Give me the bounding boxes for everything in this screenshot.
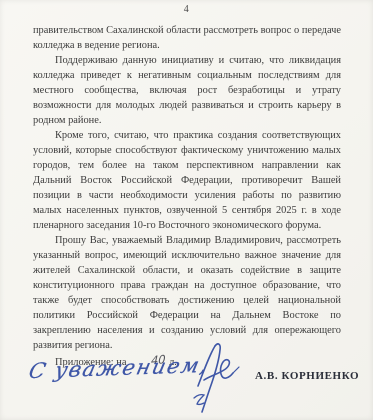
paragraph-continuation: правительством Сахалинской области рассм… — [33, 23, 341, 53]
letter-body: правительством Сахалинской области рассм… — [33, 23, 341, 353]
handwritten-closing: С уважением, — [27, 353, 211, 383]
paragraph-request: Прошу Вас, уважаемый Владимир Владимиров… — [33, 233, 341, 353]
handwritten-signature-icon — [188, 340, 240, 418]
signature-block: С уважением, А.В. КОРНИЕНКО — [0, 342, 373, 420]
scanned-letter-page: 4 правительством Сахалинской области рас… — [0, 0, 373, 420]
signer-name: А.В. КОРНИЕНКО — [255, 370, 359, 382]
paragraph-small-towns: Кроме того, считаю, что практика создани… — [33, 128, 341, 233]
page-number: 4 — [0, 0, 373, 15]
paragraph-support-initiative: Поддерживаю данную инициативу и считаю, … — [33, 53, 341, 128]
